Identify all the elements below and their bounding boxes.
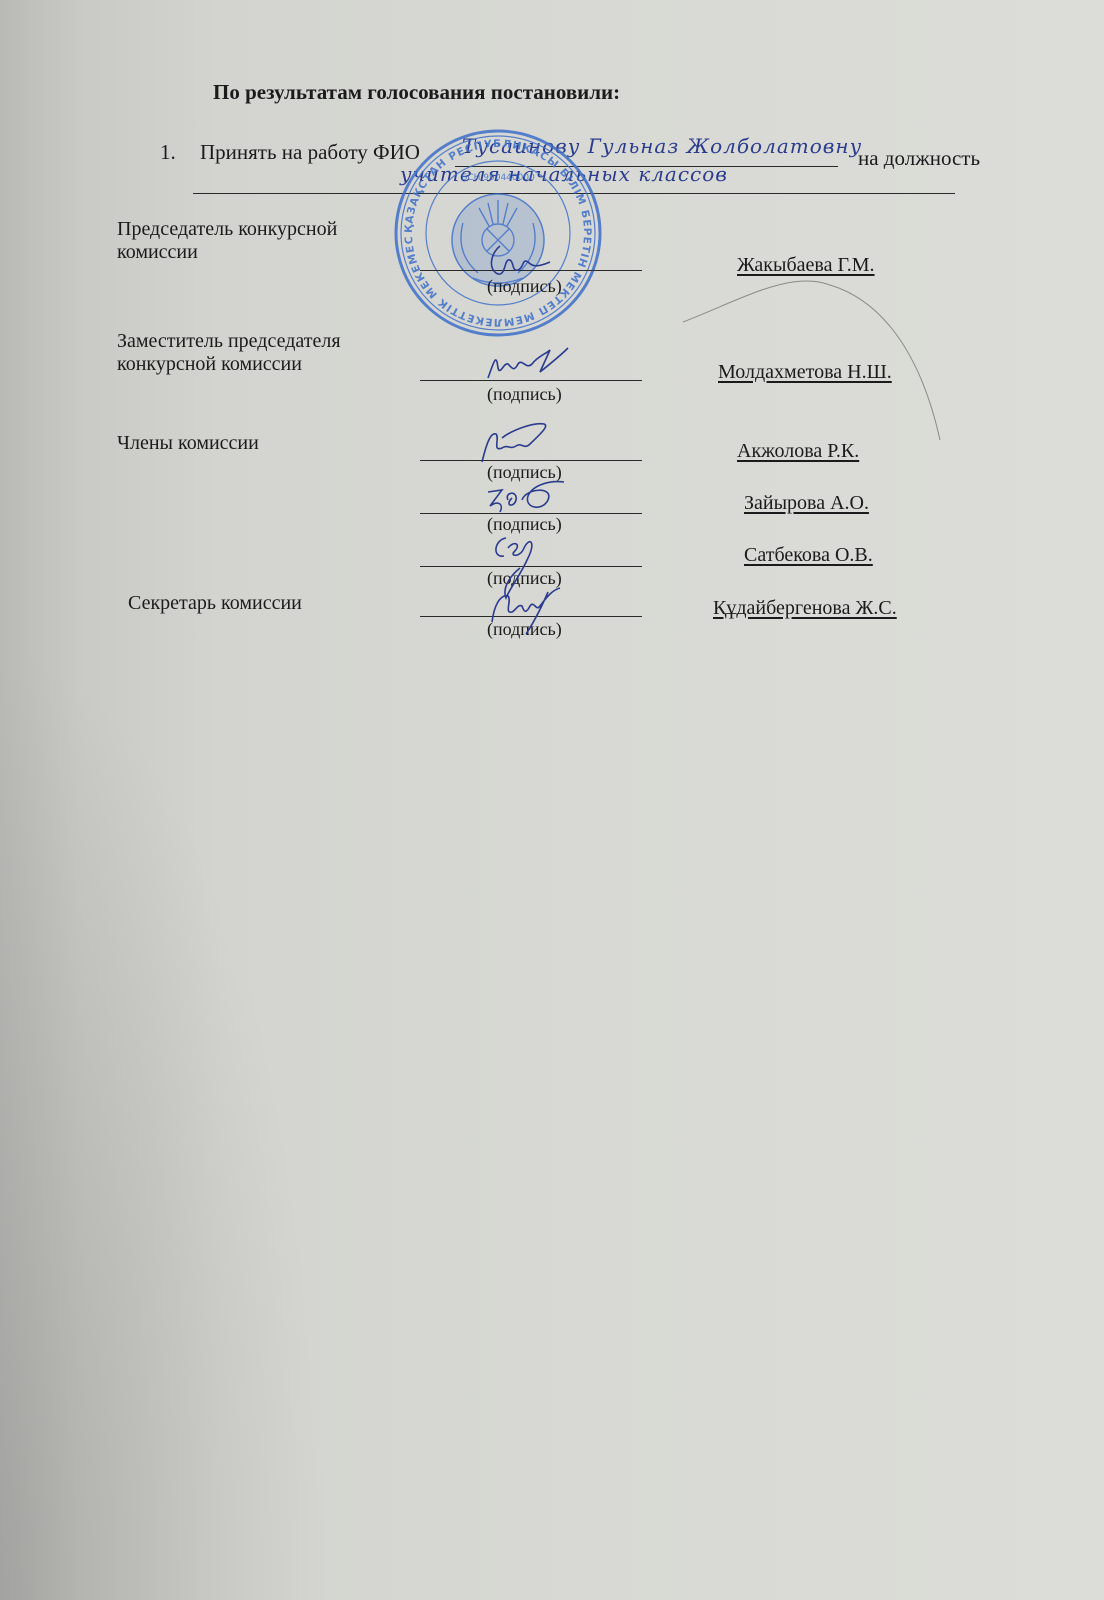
page-heading: По результатам голосования постановили:	[213, 80, 620, 105]
handwritten-signature	[470, 240, 560, 280]
signatory-name: Жакыбаева Г.М.	[737, 254, 875, 277]
signatory-name: Молдахметова Н.Ш.	[718, 361, 892, 384]
signature-caption: (подпись)	[487, 384, 562, 405]
role-line: конкурсной комиссии	[117, 353, 341, 376]
signatory-role-deputy: Заместитель председателя конкурсной коми…	[117, 330, 341, 376]
signatory-name: Зайырова А.О.	[744, 492, 869, 515]
signatory-name: Сатбекова О.В.	[744, 544, 873, 567]
svg-text:БСН 990440000: БСН 990440000	[461, 173, 535, 183]
signatory-role-members: Члены комиссии	[117, 432, 259, 455]
signatory-role-secretary: Секретарь комиссии	[128, 592, 302, 615]
official-stamp: ҚАЗАҚСТАН РЕСПУБЛИКАСЫ БІЛІМ БЕРЕТІН МЕК…	[393, 128, 603, 338]
paper-shadow	[0, 640, 330, 1600]
signatory-role-chairman: Председатель конкурсной комиссии	[117, 218, 337, 264]
signatory-name: Құдайбергенова Ж.С.	[713, 597, 897, 620]
decision-tail: на должность	[858, 146, 980, 171]
decision-number: 1.	[160, 140, 176, 165]
handwritten-signature	[478, 478, 568, 523]
role-line: Члены комиссии	[117, 432, 259, 455]
handwritten-signature	[480, 342, 575, 382]
role-line: Секретарь комиссии	[128, 592, 302, 615]
handwritten-signature	[472, 422, 562, 467]
role-line: Заместитель председателя	[117, 330, 341, 353]
role-line: Председатель конкурсной	[117, 218, 337, 241]
decision-text: Принять на работу ФИО	[200, 140, 420, 165]
signatory-name: Акжолова Р.К.	[737, 440, 859, 463]
handwritten-signature	[482, 582, 572, 637]
role-line: комиссии	[117, 241, 337, 264]
